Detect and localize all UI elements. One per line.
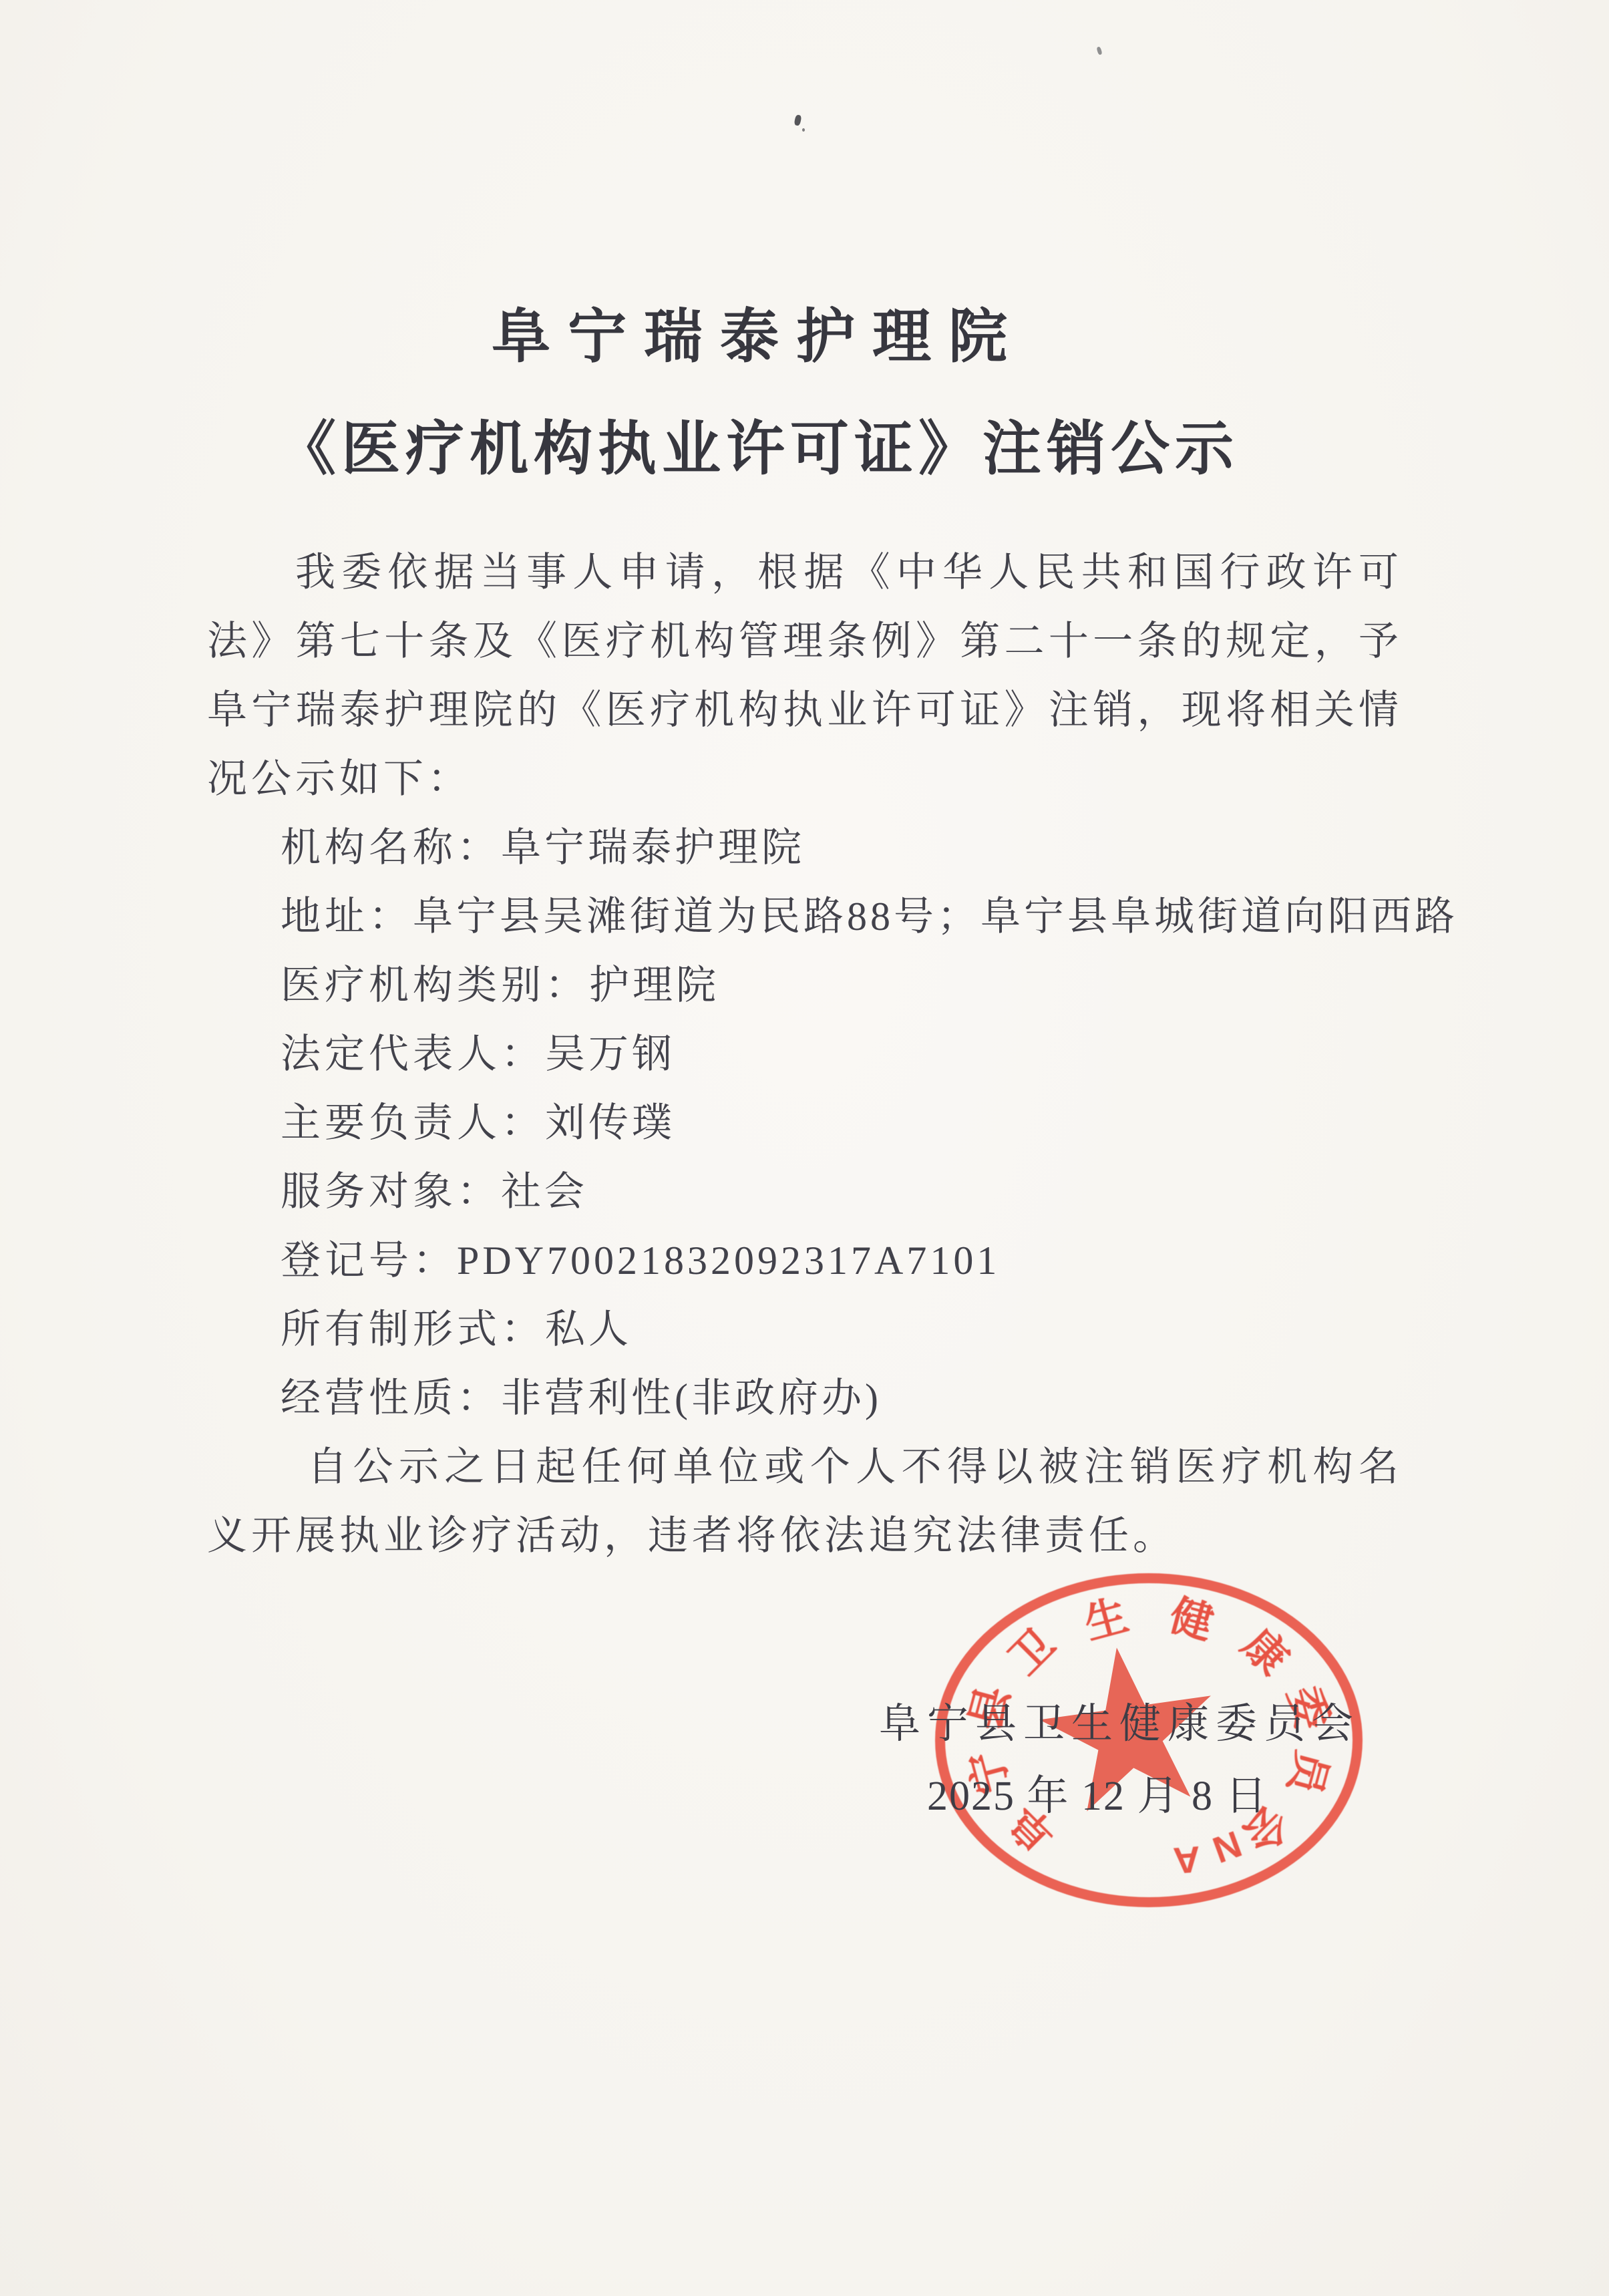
field-row: 医疗机构类别：护理院 <box>207 951 1403 1020</box>
field-value: 护理院 <box>589 963 719 1007</box>
ink-speck <box>1096 46 1102 55</box>
field-row: 机构名称：阜宁瑞泰护理院 <box>207 814 1403 882</box>
field-value: 社会 <box>501 1170 588 1214</box>
title-institution-name: 阜宁瑞泰护理院 <box>0 282 1516 394</box>
ink-speck <box>793 114 801 126</box>
scanned-document-page: 阜宁瑞泰护理院 《医疗机构执业许可证》注销公示 我委依据当事人申请，根据《中华人… <box>0 0 1609 2296</box>
field-row: 地址：阜宁县吴滩街道为民路88号；阜宁县阜城街道向阳西路 <box>207 882 1403 951</box>
field-label: 法定代表人： <box>281 1032 545 1076</box>
closing-paragraph: 自公示之日起任何单位或个人不得以被注销医疗机构名义开展执业诊疗活动，违者将依法追… <box>207 1433 1403 1571</box>
field-value: 吴万钢 <box>545 1032 675 1076</box>
field-label: 服务对象： <box>281 1170 501 1214</box>
signature-issuer: 阜宁县卫生健康委员会 <box>879 1690 1360 1750</box>
field-label: 所有制形式： <box>281 1307 545 1351</box>
field-value: 阜宁瑞泰护理院 <box>501 826 805 870</box>
field-label: 医疗机构类别： <box>281 963 589 1007</box>
field-value: PDY70021832092317A7101 <box>457 1239 1000 1283</box>
field-label: 经营性质： <box>281 1376 501 1420</box>
field-value: 私人 <box>545 1307 632 1351</box>
intro-paragraph: 我委依据当事人申请，根据《中华人民共和国行政许可法》第七十条及《医疗机构管理条例… <box>207 538 1403 814</box>
field-row: 服务对象：社会 <box>207 1158 1403 1226</box>
field-row: 经营性质：非营利性(非政府办) <box>207 1364 1403 1433</box>
field-value: 非营利性(非政府办) <box>501 1376 882 1420</box>
field-row: 主要负责人：刘传璞 <box>207 1089 1403 1158</box>
field-value: 阜宁县吴滩街道为民路88号；阜宁县阜城街道向阳西路 <box>413 894 1458 939</box>
title-notice-type: 《医疗机构执业许可证》注销公示 <box>0 394 1516 506</box>
field-row: 法定代表人：吴万钢 <box>207 1020 1403 1089</box>
field-label: 地址： <box>281 894 413 939</box>
field-value: 刘传璞 <box>545 1101 675 1145</box>
field-label: 主要负责人： <box>281 1101 545 1145</box>
field-row: 所有制形式：私人 <box>207 1295 1403 1364</box>
field-label: 登记号： <box>281 1239 457 1283</box>
field-row: 登记号：PDY70021832092317A7101 <box>207 1226 1403 1295</box>
ink-speck <box>802 128 805 132</box>
seal-bottom-character: A <box>1172 1838 1202 1883</box>
signature-date: 2025 年 12 月 8 日 <box>927 1762 1268 1822</box>
document-body: 我委依据当事人申请，根据《中华人民共和国行政许可法》第七十条及《医疗机构管理条例… <box>207 538 1403 1571</box>
field-label: 机构名称： <box>281 826 501 870</box>
document-title: 阜宁瑞泰护理院 《医疗机构执业许可证》注销公示 <box>0 282 1516 506</box>
